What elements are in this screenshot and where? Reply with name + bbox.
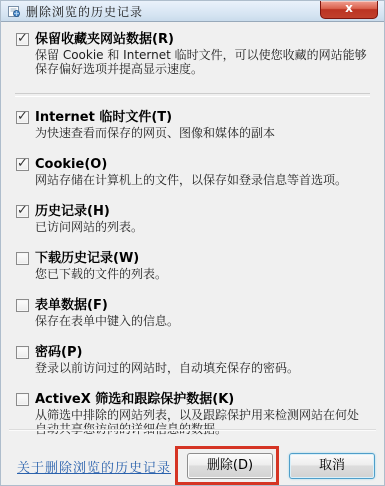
dialog-content: ✓ 保留收藏夹网站数据(R) 保留 Cookie 和 Internet 临时文件… [1, 22, 384, 436]
item-label[interactable]: 历史记录(H) [35, 204, 370, 219]
item-label[interactable]: ActiveX 筛选和跟踪保护数据(K) [35, 392, 370, 407]
item-label[interactable]: 密码(P) [35, 345, 370, 360]
checkmark-icon: ✓ [17, 109, 28, 124]
checkbox-cookies[interactable]: ✓ [16, 158, 29, 171]
item-description: 已访问网站的列表。 [35, 220, 370, 234]
item-description: 保存在表单中键入的信息。 [35, 314, 370, 328]
checkbox-form-data[interactable]: ✓ [16, 299, 29, 312]
item-label[interactable]: 表单数据(F) [35, 298, 370, 313]
checkbox-download-history[interactable]: ✓ [16, 252, 29, 265]
item-form-data: ✓ 表单数据(F) 保存在表单中键入的信息。 [15, 298, 370, 328]
checkbox-history[interactable]: ✓ [16, 205, 29, 218]
item-passwords: ✓ 密码(P) 登录以前访问过的网站时，自动填充保存的密码。 [15, 345, 370, 375]
checkbox-passwords[interactable]: ✓ [16, 346, 29, 359]
about-delete-history-link[interactable]: 关于删除浏览的历史记录 [17, 457, 171, 476]
checkbox-activex-filtering[interactable]: ✓ [16, 393, 29, 406]
item-description: 保留 Cookie 和 Internet 临时文件，可以使您收藏的网站能够保存偏… [35, 48, 370, 76]
delete-browsing-history-dialog: 删除浏览的历史记录 x ✓ 保留收藏夹网站数据(R) 保留 Cookie 和 I… [0, 0, 385, 486]
checkbox-preserve-favorites[interactable]: ✓ [16, 33, 29, 46]
item-description: 登录以前访问过的网站时，自动填充保存的密码。 [35, 361, 370, 375]
item-label[interactable]: Cookie(O) [35, 157, 370, 172]
title-bar[interactable]: 删除浏览的历史记录 x [1, 1, 384, 22]
checkbox-temp-files[interactable]: ✓ [16, 111, 29, 124]
section-divider [15, 93, 370, 97]
checkmark-icon: ✓ [17, 156, 28, 171]
item-history: ✓ 历史记录(H) 已访问网站的列表。 [15, 204, 370, 234]
item-description: 网站存储在计算机上的文件，以保存如登录信息等首选项。 [35, 173, 370, 187]
close-icon: x [345, 1, 353, 15]
delete-button[interactable]: 删除(D) [187, 453, 273, 479]
item-label[interactable]: 保留收藏夹网站数据(R) [35, 32, 370, 47]
item-label[interactable]: 下载历史记录(W) [35, 251, 370, 266]
item-description: 为快速查看而保存的网页、图像和媒体的副本 [35, 126, 370, 140]
checkmark-icon: ✓ [17, 203, 28, 218]
footer-divider [9, 429, 376, 431]
item-download-history: ✓ 下载历史记录(W) 您已下载的文件的列表。 [15, 251, 370, 281]
item-description: 从筛选中排除的网站列表，以及跟踪保护用来检测网站在何处自动共享您访问的详细信息的… [35, 408, 370, 436]
item-preserve-favorites: ✓ 保留收藏夹网站数据(R) 保留 Cookie 和 Internet 临时文件… [15, 32, 370, 76]
close-button[interactable]: x [320, 1, 378, 19]
item-cookies: ✓ Cookie(O) 网站存储在计算机上的文件，以保存如登录信息等首选项。 [15, 157, 370, 187]
dialog-icon [7, 4, 21, 18]
item-description: 您已下载的文件的列表。 [35, 267, 370, 281]
dialog-title: 删除浏览的历史记录 [26, 3, 143, 20]
checkmark-icon: ✓ [17, 31, 28, 46]
item-temp-files: ✓ Internet 临时文件(T) 为快速查看而保存的网页、图像和媒体的副本 [15, 110, 370, 140]
item-label[interactable]: Internet 临时文件(T) [35, 110, 370, 125]
cancel-button[interactable]: 取消 [289, 453, 375, 479]
